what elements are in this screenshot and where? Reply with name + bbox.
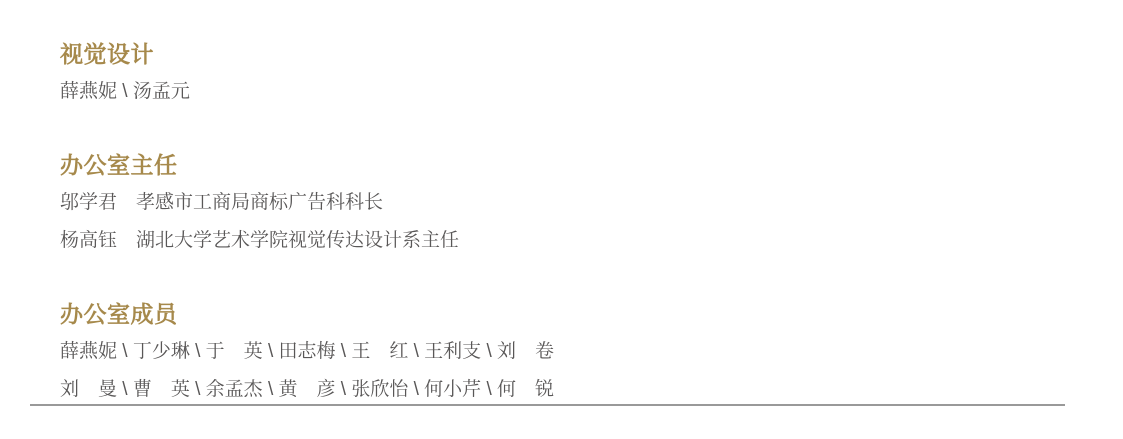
credit-line-members-1: 薛燕妮 \ 丁少琳 \ 于 英 \ 田志梅 \ 王 红 \ 王利支 \ 刘 卷 [60, 342, 1123, 362]
section-office-director: 办公室主任 邬学君 孝感市工商局商标广告科科长 杨高钰 湖北大学艺术学院视觉传达… [60, 153, 1123, 269]
credit-line-director-2: 杨高钰 湖北大学艺术学院视觉传达设计系主任 [60, 231, 1123, 251]
section-office-members: 办公室成员 薛燕妮 \ 丁少琳 \ 于 英 \ 田志梅 \ 王 红 \ 王利支 … [60, 302, 1123, 418]
section-office-director-heading: 办公室主任 [60, 153, 1123, 177]
credit-line-members-2: 刘 曼 \ 曹 英 \ 余孟杰 \ 黄 彦 \ 张欣怡 \ 何小芹 \ 何 锐 [60, 380, 1123, 400]
section-visual-design: 视觉设计 薛燕妮 \ 汤孟元 [60, 42, 1123, 120]
section-office-members-heading: 办公室成员 [60, 302, 1123, 326]
section-visual-design-heading: 视觉设计 [60, 42, 1123, 66]
bottom-divider [30, 404, 1065, 406]
credits-page: 视觉设计 薛燕妮 \ 汤孟元 办公室主任 邬学君 孝感市工商局商标广告科科长 杨… [0, 0, 1123, 439]
credit-line-visual-design-names: 薛燕妮 \ 汤孟元 [60, 82, 1123, 102]
credit-line-director-1: 邬学君 孝感市工商局商标广告科科长 [60, 193, 1123, 213]
